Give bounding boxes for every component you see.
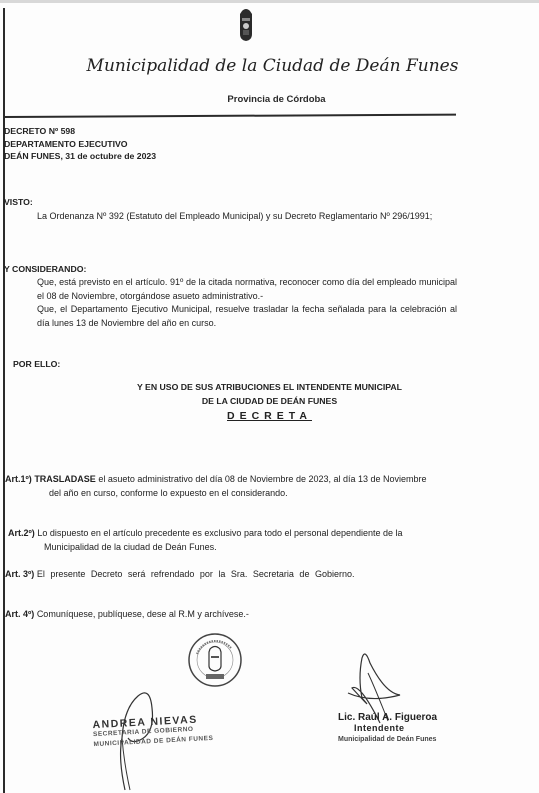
document-page: Municipalidad de la Ciudad de Deán Funes… <box>0 0 539 793</box>
article-1-line2: del año en curso, conforme lo expuesto e… <box>5 486 445 500</box>
visto-text: La Ordenanza Nº 392 (Estatuto del Emplea… <box>37 210 457 224</box>
decree-place-date: DEÁN FUNES, 31 de octubre de 2023 <box>4 150 156 163</box>
article-2-line1: Lo dispuesto en el artículo precedente e… <box>37 528 402 538</box>
article-2-line2: Municipalidad de la ciudad de Deán Funes… <box>8 540 448 554</box>
mayor-org: Municipalidad de Deán Funes <box>338 734 437 745</box>
article-2: Art.2º) Lo dispuesto en el artículo prec… <box>8 526 448 554</box>
article-4: Art. 4º) Comuníquese, publíquese, dese a… <box>5 607 445 621</box>
decree-header: DECRETO Nº 598 DEPARTAMENTO EJECUTIVO DE… <box>4 125 156 163</box>
article-1: Art.1º) TRASLADASE el asueto administrat… <box>5 472 445 500</box>
scan-edge <box>0 0 539 3</box>
decreta-heading: DECRETA <box>0 410 539 423</box>
article-3-line1: El presente Decreto será refrendado por … <box>37 569 355 579</box>
coat-of-arms-icon <box>237 8 255 42</box>
article-4-line1: Comuníquese, publíquese, dese al R.M y a… <box>37 609 249 619</box>
municipality-title: Municipalidad de la Ciudad de Deán Funes <box>0 56 539 76</box>
decree-number: DECRETO Nº 598 <box>4 125 156 138</box>
mayor-signature-block: Lic. Raúl A. Figueroa Intendente Municip… <box>338 712 437 745</box>
article-4-label: Art. 4º) <box>5 609 34 619</box>
considerando-label: Y CONSIDERANDO: <box>4 263 86 276</box>
decree-department: DEPARTAMENTO EJECUTIVO <box>4 138 156 151</box>
article-1-line1: el asueto administrativo del día 08 de N… <box>96 474 427 484</box>
attributions-line-1: Y EN USO DE SUS ATRIBUCIONES EL INTENDEN… <box>0 381 539 394</box>
municipal-seal-icon <box>187 632 243 688</box>
article-2-label: Art.2º) <box>8 528 35 538</box>
attributions-line-2: DE LA CIUDAD DE DEÁN FUNES <box>0 395 539 408</box>
header-divider <box>4 114 456 118</box>
por-ello-label: POR ELLO: <box>13 358 60 371</box>
mayor-title: Intendente <box>338 723 437 734</box>
article-3-label: Art. 3º) <box>5 569 34 579</box>
province-subtitle: Provincia de Córdoba <box>0 94 539 105</box>
visto-label: VISTO: <box>4 196 33 209</box>
considerando-paragraph-1: Que, está previsto en el artículo. 91º d… <box>37 276 457 303</box>
article-3: Art. 3º) El presente Decreto será refren… <box>5 567 445 581</box>
secretary-signature-block: ANDREA NIEVAS SECRETARIA DE GOBIERNO MUN… <box>92 714 213 750</box>
article-1-label: Art.1º) <box>5 474 32 484</box>
article-1-lead: TRASLADASE <box>34 474 96 484</box>
considerando-paragraph-2: Que, el Departamento Ejecutivo Municipal… <box>37 303 457 330</box>
mayor-name: Lic. Raúl A. Figueroa <box>338 712 437 723</box>
